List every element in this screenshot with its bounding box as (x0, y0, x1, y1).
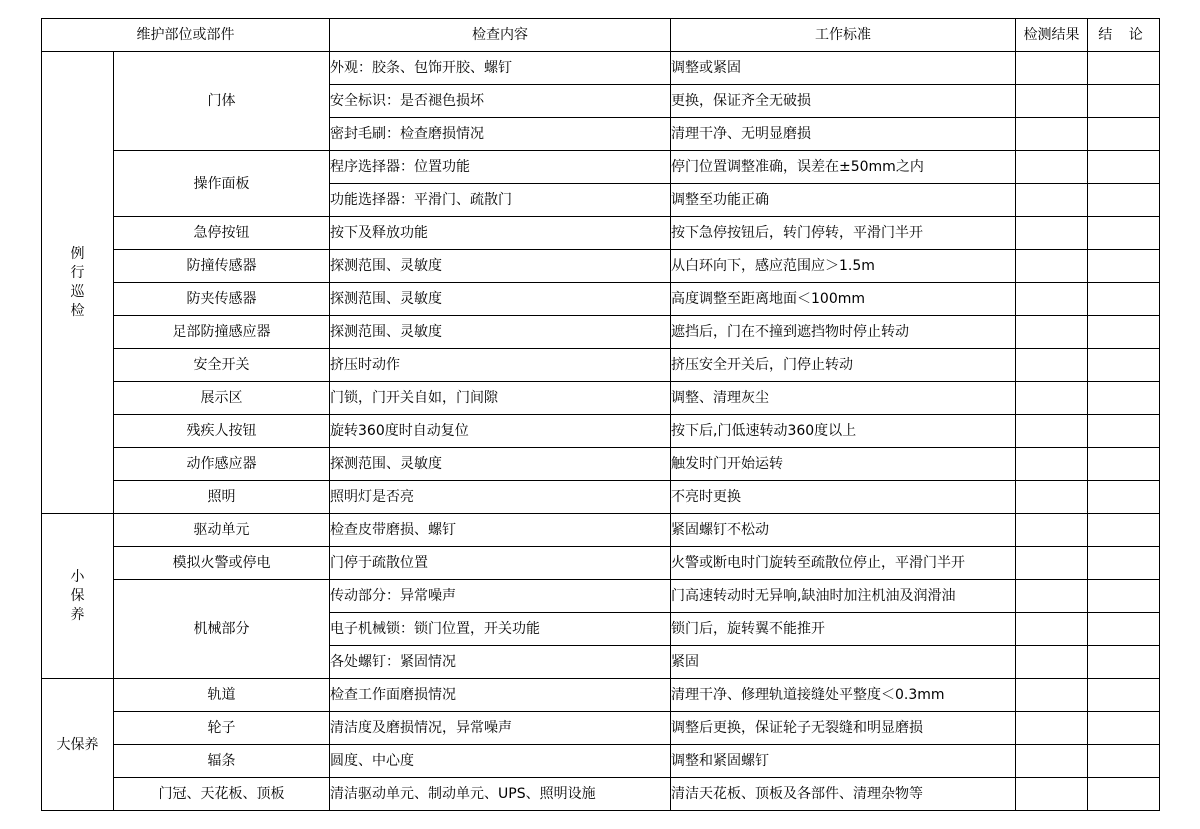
standard-cell: 调整或紧固 (671, 52, 1016, 85)
conclusion-cell[interactable] (1088, 646, 1160, 679)
standard-cell: 清洁天花板、顶板及各部件、清理杂物等 (671, 778, 1016, 811)
result-cell[interactable] (1016, 118, 1088, 151)
content-cell: 挤压时动作 (330, 349, 671, 382)
content-cell: 程序选择器：位置功能 (330, 151, 671, 184)
result-cell[interactable] (1016, 151, 1088, 184)
part-cell: 照明 (114, 481, 330, 514)
result-cell[interactable] (1016, 217, 1088, 250)
category-cell: 大保养 (42, 679, 114, 811)
content-cell: 功能选择器：平滑门、疏散门 (330, 184, 671, 217)
part-cell: 操作面板 (114, 151, 330, 217)
result-cell[interactable] (1016, 448, 1088, 481)
standard-cell: 遮挡后，门在不撞到遮挡物时停止转动 (671, 316, 1016, 349)
part-cell: 安全开关 (114, 349, 330, 382)
table-row: 展示区门锁，门开关自如，门间隙调整、清理灰尘 (42, 382, 1160, 415)
result-cell[interactable] (1016, 250, 1088, 283)
content-cell: 探测范围、灵敏度 (330, 250, 671, 283)
content-cell: 检查工作面磨损情况 (330, 679, 671, 712)
table-body: 例行巡检门体外观：胶条、包饰开胶、螺钉调整或紧固安全标识：是否褪色损坏更换，保证… (42, 52, 1160, 811)
result-cell[interactable] (1016, 514, 1088, 547)
conclusion-cell[interactable] (1088, 85, 1160, 118)
table-row: 小保养驱动单元检查皮带磨损、螺钉紧固螺钉不松动 (42, 514, 1160, 547)
standard-cell: 高度调整至距离地面＜100mm (671, 283, 1016, 316)
header-conclusion: 结 论 (1088, 19, 1160, 52)
conclusion-cell[interactable] (1088, 151, 1160, 184)
part-cell: 门冠、天花板、顶板 (114, 778, 330, 811)
conclusion-cell[interactable] (1088, 52, 1160, 85)
table-row: 例行巡检门体外观：胶条、包饰开胶、螺钉调整或紧固 (42, 52, 1160, 85)
conclusion-cell[interactable] (1088, 679, 1160, 712)
conclusion-cell[interactable] (1088, 415, 1160, 448)
result-cell[interactable] (1016, 778, 1088, 811)
standard-cell: 停门位置调整准确，误差在±50mm之内 (671, 151, 1016, 184)
content-cell: 安全标识：是否褪色损坏 (330, 85, 671, 118)
conclusion-cell[interactable] (1088, 448, 1160, 481)
content-cell: 清洁度及磨损情况，异常噪声 (330, 712, 671, 745)
result-cell[interactable] (1016, 85, 1088, 118)
standard-cell: 挤压安全开关后，门停止转动 (671, 349, 1016, 382)
part-cell: 防撞传感器 (114, 250, 330, 283)
part-cell: 动作感应器 (114, 448, 330, 481)
content-cell: 清洁驱动单元、制动单元、UPS、照明设施 (330, 778, 671, 811)
table-row: 安全开关挤压时动作挤压安全开关后，门停止转动 (42, 349, 1160, 382)
content-cell: 检查皮带磨损、螺钉 (330, 514, 671, 547)
header-content: 检查内容 (330, 19, 671, 52)
result-cell[interactable] (1016, 712, 1088, 745)
table-row: 动作感应器探测范围、灵敏度触发时门开始运转 (42, 448, 1160, 481)
header-part: 维护部位或部件 (42, 19, 330, 52)
result-cell[interactable] (1016, 580, 1088, 613)
part-cell: 辐条 (114, 745, 330, 778)
table-row: 辐条圆度、中心度调整和紧固螺钉 (42, 745, 1160, 778)
conclusion-cell[interactable] (1088, 481, 1160, 514)
content-cell: 门停于疏散位置 (330, 547, 671, 580)
standard-cell: 调整至功能正确 (671, 184, 1016, 217)
content-cell: 探测范围、灵敏度 (330, 448, 671, 481)
part-cell: 模拟火警或停电 (114, 547, 330, 580)
result-cell[interactable] (1016, 52, 1088, 85)
standard-cell: 更换，保证齐全无破损 (671, 85, 1016, 118)
table-row: 操作面板程序选择器：位置功能停门位置调整准确，误差在±50mm之内 (42, 151, 1160, 184)
standard-cell: 清理干净、修理轨道接缝处平整度＜0.3mm (671, 679, 1016, 712)
table-row: 大保养轨道检查工作面磨损情况清理干净、修理轨道接缝处平整度＜0.3mm (42, 679, 1160, 712)
category-label: 小保养 (70, 568, 86, 625)
conclusion-cell[interactable] (1088, 382, 1160, 415)
result-cell[interactable] (1016, 547, 1088, 580)
table-row: 足部防撞感应器探测范围、灵敏度遮挡后，门在不撞到遮挡物时停止转动 (42, 316, 1160, 349)
conclusion-cell[interactable] (1088, 613, 1160, 646)
part-cell: 门体 (114, 52, 330, 151)
conclusion-cell[interactable] (1088, 514, 1160, 547)
result-cell[interactable] (1016, 415, 1088, 448)
table-row: 防夹传感器探测范围、灵敏度高度调整至距离地面＜100mm (42, 283, 1160, 316)
table-row: 轮子清洁度及磨损情况，异常噪声调整后更换，保证轮子无裂缝和明显磨损 (42, 712, 1160, 745)
table-row: 模拟火警或停电门停于疏散位置火警或断电时门旋转至疏散位停止，平滑门半开 (42, 547, 1160, 580)
header-standard: 工作标准 (671, 19, 1016, 52)
standard-cell: 紧固螺钉不松动 (671, 514, 1016, 547)
table-row: 急停按钮按下及释放功能按下急停按钮后，转门停转，平滑门半开 (42, 217, 1160, 250)
standard-cell: 调整、清理灰尘 (671, 382, 1016, 415)
header-result: 检测结果 (1016, 19, 1088, 52)
part-cell: 轮子 (114, 712, 330, 745)
result-cell[interactable] (1016, 679, 1088, 712)
table-row: 残疾人按钮旋转360度时自动复位按下后,门低速转动360度以上 (42, 415, 1160, 448)
standard-cell: 门高速转动时无异响,缺油时加注机油及润滑油 (671, 580, 1016, 613)
content-cell: 传动部分：异常噪声 (330, 580, 671, 613)
part-cell: 展示区 (114, 382, 330, 415)
part-cell: 残疾人按钮 (114, 415, 330, 448)
result-cell[interactable] (1016, 646, 1088, 679)
standard-cell: 紧固 (671, 646, 1016, 679)
standard-cell: 火警或断电时门旋转至疏散位停止，平滑门半开 (671, 547, 1016, 580)
content-cell: 外观：胶条、包饰开胶、螺钉 (330, 52, 671, 85)
conclusion-cell[interactable] (1088, 778, 1160, 811)
content-cell: 探测范围、灵敏度 (330, 316, 671, 349)
header-row: 维护部位或部件 检查内容 工作标准 检测结果 结 论 (42, 19, 1160, 52)
conclusion-cell[interactable] (1088, 184, 1160, 217)
conclusion-cell[interactable] (1088, 250, 1160, 283)
standard-cell: 调整后更换，保证轮子无裂缝和明显磨损 (671, 712, 1016, 745)
conclusion-cell[interactable] (1088, 547, 1160, 580)
category-cell: 小保养 (42, 514, 114, 679)
result-cell[interactable] (1016, 613, 1088, 646)
content-cell: 探测范围、灵敏度 (330, 283, 671, 316)
result-cell[interactable] (1016, 283, 1088, 316)
conclusion-cell[interactable] (1088, 118, 1160, 151)
conclusion-cell[interactable] (1088, 316, 1160, 349)
part-cell: 急停按钮 (114, 217, 330, 250)
standard-cell: 从白环向下，感应范围应＞1.5m (671, 250, 1016, 283)
content-cell: 圆度、中心度 (330, 745, 671, 778)
result-cell[interactable] (1016, 316, 1088, 349)
content-cell: 旋转360度时自动复位 (330, 415, 671, 448)
category-cell: 例行巡检 (42, 52, 114, 514)
conclusion-cell[interactable] (1088, 349, 1160, 382)
content-cell: 电子机械锁：锁门位置，开关功能 (330, 613, 671, 646)
maintenance-checklist-table: 维护部位或部件 检查内容 工作标准 检测结果 结 论 例行巡检门体外观：胶条、包… (41, 18, 1160, 811)
part-cell: 驱动单元 (114, 514, 330, 547)
result-cell[interactable] (1016, 382, 1088, 415)
standard-cell: 清理干净、无明显磨损 (671, 118, 1016, 151)
table-row: 门冠、天花板、顶板清洁驱动单元、制动单元、UPS、照明设施清洁天花板、顶板及各部… (42, 778, 1160, 811)
result-cell[interactable] (1016, 184, 1088, 217)
conclusion-cell[interactable] (1088, 283, 1160, 316)
content-cell: 密封毛刷：检查磨损情况 (330, 118, 671, 151)
standard-cell: 触发时门开始运转 (671, 448, 1016, 481)
content-cell: 按下及释放功能 (330, 217, 671, 250)
conclusion-cell[interactable] (1088, 712, 1160, 745)
content-cell: 各处螺钉：紧固情况 (330, 646, 671, 679)
conclusion-cell[interactable] (1088, 745, 1160, 778)
result-cell[interactable] (1016, 481, 1088, 514)
content-cell: 门锁，门开关自如，门间隙 (330, 382, 671, 415)
table-row: 机械部分传动部分：异常噪声门高速转动时无异响,缺油时加注机油及润滑油 (42, 580, 1160, 613)
standard-cell: 按下后,门低速转动360度以上 (671, 415, 1016, 448)
standard-cell: 调整和紧固螺钉 (671, 745, 1016, 778)
category-label: 大保养 (57, 737, 99, 753)
table-row: 照明照明灯是否亮不亮时更换 (42, 481, 1160, 514)
table-row: 防撞传感器探测范围、灵敏度从白环向下，感应范围应＞1.5m (42, 250, 1160, 283)
part-cell: 足部防撞感应器 (114, 316, 330, 349)
part-cell: 机械部分 (114, 580, 330, 679)
content-cell: 照明灯是否亮 (330, 481, 671, 514)
part-cell: 轨道 (114, 679, 330, 712)
standard-cell: 按下急停按钮后，转门停转，平滑门半开 (671, 217, 1016, 250)
conclusion-cell[interactable] (1088, 580, 1160, 613)
standard-cell: 不亮时更换 (671, 481, 1016, 514)
standard-cell: 锁门后，旋转翼不能推开 (671, 613, 1016, 646)
result-cell[interactable] (1016, 349, 1088, 382)
category-label: 例行巡检 (70, 245, 86, 321)
part-cell: 防夹传感器 (114, 283, 330, 316)
result-cell[interactable] (1016, 745, 1088, 778)
conclusion-cell[interactable] (1088, 217, 1160, 250)
